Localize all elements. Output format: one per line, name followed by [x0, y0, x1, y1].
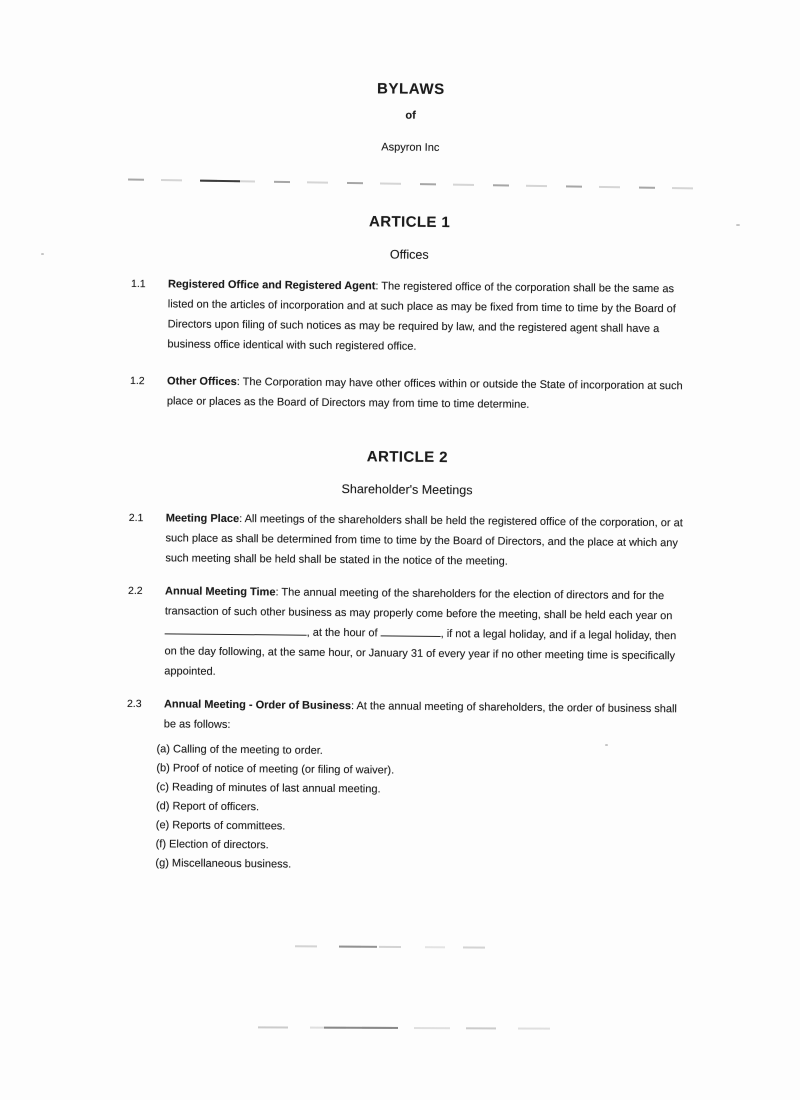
meeting-hour-blank-line	[381, 626, 441, 637]
section-body: Annual Meeting - Order of Business: At t…	[164, 694, 683, 739]
section-2-1: 2.1 Meeting Place: All meetings of the s…	[128, 508, 685, 573]
article-2-subheading: Shareholder's Meetings	[129, 480, 685, 499]
section-body: Annual Meeting Time: The annual meeting …	[164, 581, 684, 686]
section-label: Meeting Place	[166, 512, 239, 525]
section-1-2: 1.2 Other Offices: The Corporation may h…	[130, 371, 686, 416]
section-text: : The Corporation may have other offices…	[167, 376, 683, 411]
article-1-heading: ARTICLE 1	[132, 211, 688, 233]
scanned-bylaws-page: BYLAWS of Aspyron Inc ARTICLE 1 Offices …	[0, 0, 800, 1100]
document-content: BYLAWS of Aspyron Inc ARTICLE 1 Offices …	[0, 0, 800, 879]
section-2-3: 2.3 Annual Meeting - Order of Business: …	[127, 694, 683, 739]
section-2-2: 2.2 Annual Meeting Time: The annual meet…	[127, 581, 684, 686]
scan-artifact-rule-middle	[295, 945, 507, 948]
section-number: 1.1	[131, 274, 168, 294]
order-of-business-list: (a) Calling of the meeting to order. (b)…	[155, 740, 682, 878]
section-label: Other Offices	[167, 375, 237, 388]
section-text: : All meetings of the shareholders shall…	[165, 513, 683, 568]
section-body: Meeting Place: All meetings of the share…	[165, 508, 685, 573]
section-label: Annual Meeting - Order of Business	[164, 698, 351, 712]
scan-artifact-rule-bottom	[258, 1026, 550, 1029]
section-label: Annual Meeting Time	[165, 585, 276, 598]
section-text: , at the hour of	[307, 627, 381, 640]
document-subtitle: of	[133, 107, 689, 124]
article-1-subheading: Offices	[131, 245, 687, 264]
company-name: Aspyron Inc	[132, 139, 688, 156]
section-number: 2.3	[127, 694, 164, 714]
section-1-1: 1.1 Registered Office and Registered Age…	[130, 274, 687, 359]
article-2-heading: ARTICLE 2	[129, 446, 685, 468]
article-1-sections: 1.1 Registered Office and Registered Age…	[130, 274, 687, 416]
article-2-sections: 2.1 Meeting Place: All meetings of the s…	[125, 508, 684, 878]
section-text: : The registered office of the corporati…	[167, 280, 676, 352]
section-number: 2.2	[128, 581, 165, 601]
section-number: 2.1	[129, 508, 166, 528]
section-body: Registered Office and Registered Agent: …	[167, 274, 687, 359]
section-body: Other Offices: The Corporation may have …	[167, 371, 686, 416]
list-item: (g) Miscellaneous business.	[155, 854, 681, 878]
section-label: Registered Office and Registered Agent	[168, 278, 376, 292]
title-block: BYLAWS of Aspyron Inc	[132, 0, 689, 156]
section-number: 1.2	[130, 371, 167, 391]
meeting-date-blank-line	[165, 624, 307, 635]
document-title: BYLAWS	[133, 78, 689, 100]
